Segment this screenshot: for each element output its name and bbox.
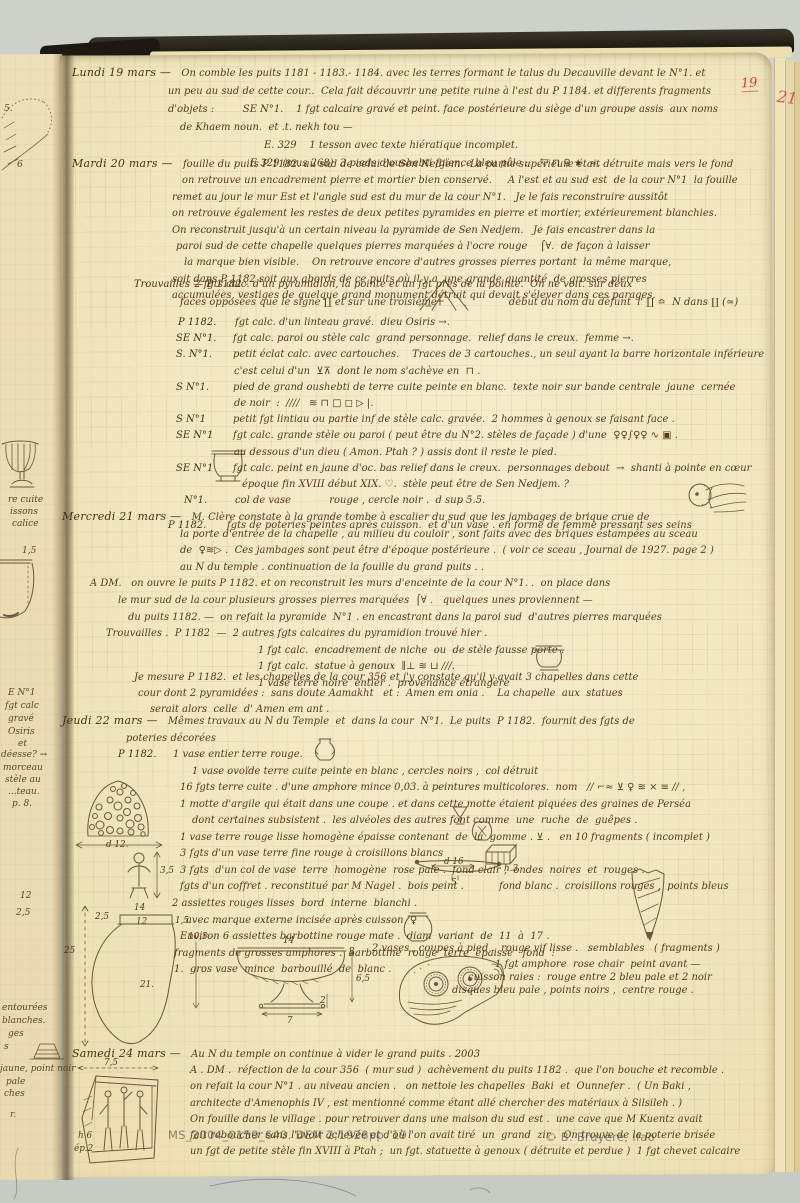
journal-line: du puits 1182. — on refait la pyramide N… — [128, 608, 714, 625]
item-label: Trouvailles — P 1182 - — [134, 277, 191, 292]
adjacent-page-number: 21 — [776, 87, 799, 108]
journal-line: on refait la cour N°1 . au niveau ancien… — [190, 1077, 740, 1093]
day-heading: Lundi 19 mars — — [72, 65, 178, 80]
journal-line: au N du temple . continuation de la foui… — [180, 558, 714, 575]
line-text: Mêmes travaux au N du Temple et dans la … — [165, 716, 635, 727]
line-text: époque fin XVIII début XIX. ♡. stèle peu… — [242, 479, 569, 490]
line-text: on retrouve un encadrement pierre et mor… — [182, 175, 738, 186]
facing-page — [0, 54, 62, 1180]
journal-line: la porte d'entrée de la chapelle , au mi… — [180, 525, 714, 542]
journal-line: on retrouve un encadrement pierre et mor… — [182, 171, 738, 187]
journal-line: dont certaines subsistent . les alvéoles… — [192, 811, 729, 828]
line-text: fgt calc. paroi ou stèle calc grand pers… — [233, 333, 634, 344]
item-label: SE N°1 — [176, 462, 233, 475]
journal-line: 1 motte d'argile qui était dans une coup… — [180, 795, 729, 812]
line-text: fgt calc. grande stèle ou paroi ( peut ê… — [233, 430, 678, 441]
journal-line: poteries décorées — [126, 729, 729, 746]
line-text: c'est celui d'un ⊻⊼ dont le nom s'achève… — [234, 366, 480, 377]
line-text: d'objets : SE N°1. 1 fgt calcaire gravé … — [168, 104, 718, 115]
journal-line: SE N°1fgt calc. peint en jaune d'oc. bas… — [176, 459, 764, 475]
item-label: S N°1 — [176, 413, 233, 426]
line-text: avec marque externe incisée après cuisso… — [186, 915, 417, 926]
journal-line: 2 assiettes rouges lisses bord interne b… — [172, 894, 729, 911]
journal-line: Je mesure P 1182. et les chapelles de la… — [134, 668, 638, 684]
journal-line: fragments de grosses amphores . barbotti… — [174, 944, 729, 961]
line-text: faces opposées que le signe ∐ et sur une… — [180, 297, 437, 308]
line-text: un peu au sud de cette cour.. Cela fait … — [168, 86, 711, 97]
journal-line: E. 329 1 tesson avec texte hiératique in… — [264, 135, 718, 153]
journal-line: N°1.col de vase rouge , cercle noir . d … — [184, 491, 764, 507]
journal-line: la marque bien visible. On retrouve enco… — [184, 253, 738, 269]
line-text: de Khaem noun. et .t. nekh tou — — [180, 122, 353, 133]
line-text: 3 fgts d'un col de vase terre homogène r… — [180, 865, 645, 876]
journal-line: On fouille dans le village . pour retrou… — [190, 1110, 740, 1126]
line-text: petit fgt lintiau ou partie inf de stèle… — [233, 414, 675, 425]
line-text: poteries décorées — [126, 733, 216, 744]
line-text: au N du temple . continuation de la foui… — [180, 562, 484, 573]
journal-line: de ♀≋▷ . Ces jambages sont peut être d'é… — [180, 541, 714, 558]
line-text: 1 vase ovoïde terre cuite peinte en blan… — [192, 766, 538, 777]
entry-mercredi-21-mars: Mercredi 21 mars — M. Clère constate à l… — [62, 508, 714, 691]
journal-line: 1 vase ovoïde terre cuite peinte en blan… — [192, 762, 729, 779]
line-text: fgt calc. peint en jaune d'oc. bas relie… — [233, 463, 751, 474]
line-text: 16 fgts terre cuite . d'une amphore minc… — [180, 782, 685, 793]
day-heading: Mercredi 21 mars — — [62, 510, 188, 524]
journal-line: 1. gros vase mince barbouillé de blanc . — [174, 960, 729, 977]
line-text: du puits 1182. — on refait la pyramide N… — [128, 612, 662, 623]
journal-line: remet au jour le mur Est et l'angle sud … — [172, 188, 738, 204]
journal-line: époque fin XVIII début XIX. ♡. stèle peu… — [242, 475, 764, 491]
line-text: la marque bien visible. On retrouve enco… — [184, 257, 671, 268]
journal-line: 1 vase terre rouge lisse homogène épaiss… — [180, 828, 729, 845]
journal-line: Mercredi 21 mars — M. Clère constate à l… — [62, 508, 714, 525]
journal-line: A . DM . réfection de la cour 356 ( mur … — [190, 1061, 740, 1077]
line-text: 3 fgts d'un vase terre fine rouge à croi… — [180, 848, 443, 859]
journal-line: avec marque externe incisée après cuisso… — [186, 911, 729, 928]
line-text: au dessous d'un dieu ( Amon. Ptah ? ) as… — [234, 447, 557, 458]
item-label: N°1. — [184, 494, 235, 507]
line-text: début du nom du défunt l' ∐ ≏ N dans ∐ (… — [509, 297, 738, 308]
line-text: E. 329 1 tesson avec texte hiératique in… — [264, 140, 518, 151]
line-text: fouille du puits P 1182. au sud de celui… — [180, 159, 734, 170]
journal-line: Trouvailles . P 1182 — 2 autres fgts cal… — [106, 624, 714, 641]
line-text: la porte d'entrée de la chapelle , au mi… — [180, 529, 698, 540]
journal-line: SE N°1.fgt calc. paroi ou stèle calc gra… — [176, 329, 764, 345]
entry-jeudi-22-mars: Jeudi 22 mars — Mêmes travaux au N du Te… — [62, 712, 729, 977]
line-text: col de vase rouge , cercle noir . d sup … — [235, 495, 485, 506]
journal-line: S N°1.pied de grand oushebti de terre cu… — [176, 378, 764, 394]
journal-line: Jeudi 22 mars — Mêmes travaux au N du Te… — [62, 712, 729, 729]
day-heading: Jeudi 22 mars — — [62, 714, 165, 728]
journal-line: Environ 6 assiettes barbottine rouge mat… — [180, 927, 729, 944]
journal-line: on retrouve également les restes de deux… — [172, 204, 738, 220]
line-text: fragments de grosses amphores . barbotti… — [174, 948, 555, 959]
journal-line: faces opposées que le signe ∐ et sur une… — [180, 292, 738, 310]
item-label: SE N°1 — [176, 429, 233, 442]
line-text: M. Clère constate à la grande tombe à es… — [188, 512, 649, 523]
line-text: A DM. on ouvre le puits P 1182. et on re… — [90, 578, 610, 589]
line-text: petit éclat calc. avec cartouches. Trace… — [233, 349, 764, 360]
line-text: un fgt de petite stèle fin XVIII à Ptah … — [190, 1146, 740, 1157]
line-text: pied de grand oushebti de terre cuite pe… — [233, 382, 736, 393]
trouvailles-20-mars: Trouvailles — P 1182 - 2 fgts calc. d'un… — [72, 274, 738, 310]
note-mesures: Je mesure P 1182. et les chapelles de la… — [72, 668, 638, 717]
item-label: S. N°1. — [176, 348, 233, 361]
journal-line: un peu au sud de cette cour.. Cela fait … — [168, 81, 718, 99]
line-text: fgt calc. d'un linteau gravé. dieu Osiri… — [235, 317, 450, 328]
line-text: A . DM . réfection de la cour 356 ( mur … — [190, 1065, 724, 1076]
journal-line: 3 fgts d'un vase terre fine rouge à croi… — [180, 844, 729, 861]
journal-line: S. N°1.petit éclat calc. avec cartouches… — [176, 345, 764, 361]
line-text: On comble les puits 1181 - 1183.- 1184. … — [178, 68, 705, 79]
journal-line: paroi sud de cette chapelle quelques pie… — [176, 237, 738, 253]
line-text: 2 assiettes rouges lisses bord interne b… — [172, 898, 417, 909]
journal-line: P 1182.fgt calc. d'un linteau gravé. die… — [178, 313, 764, 329]
journal-line: cour dont 2 pyramidées : sans doute Aama… — [138, 684, 638, 700]
line-text: le mur sud de la cour plusieurs grosses … — [118, 595, 593, 606]
journal-line: 16 fgts terre cuite . d'une amphore minc… — [180, 778, 729, 795]
line-text: fgts d'un coffret . reconstitué par M Na… — [180, 881, 729, 892]
line-text: 1 vase entier terre rouge. — [173, 749, 303, 760]
journal-line: On reconstruit jusqu'à un certain niveau… — [172, 221, 738, 237]
archive-watermark-id: MS_2004_0159_640. DEM 2;1928pp. 19 — [168, 1128, 407, 1142]
journal-line: Lundi 19 mars — On comble les puits 1181… — [72, 63, 718, 81]
journal-line: S N°1petit fgt lintiau ou partie inf de … — [176, 410, 764, 426]
journal-line: le mur sud de la cour plusieurs grosses … — [118, 591, 714, 608]
item-label: P 1182. — [118, 748, 173, 762]
journal-line: Samedi 24 mars — Au N du temple on conti… — [72, 1045, 740, 1061]
line-text: cour dont 2 pyramidées : sans doute Aama… — [138, 688, 623, 699]
line-text: Trouvailles . P 1182 — 2 autres fgts cal… — [106, 628, 487, 639]
line-text: Au N du temple on continue à vider le gr… — [188, 1049, 480, 1060]
line-text: 1 vase terre rouge lisse homogène épaiss… — [180, 832, 710, 843]
item-label: P 1182. — [178, 316, 235, 329]
page-number: 19 — [741, 76, 758, 93]
finds-list-20-mars: P 1182.fgt calc. d'un linteau gravé. die… — [72, 313, 764, 533]
line-text: remet au jour le mur Est et l'angle sud … — [172, 192, 668, 203]
journal-line: architecte d'Amenophis IV , est mentionn… — [190, 1094, 740, 1110]
item-label: S N°1. — [176, 381, 233, 394]
journal-line: au dessous d'un dieu ( Amon. Ptah ? ) as… — [234, 443, 764, 459]
line-text: Environ 6 assiettes barbottine rouge mat… — [180, 931, 549, 942]
line-text: de noir : //// ≋ ⊓ □ ◻ ▷ |. — [234, 398, 373, 409]
scanned-notebook-photo: Lundi 19 mars — On comble les puits 1181… — [0, 0, 800, 1203]
journal-line: P 1182.1 vase entier terre rouge. — [118, 745, 729, 762]
journal-line: d'objets : SE N°1. 1 fgt calcaire gravé … — [168, 99, 718, 117]
journal-line: A DM. on ouvre le puits P 1182. et on re… — [90, 574, 714, 591]
day-heading: Samedi 24 mars — — [72, 1047, 188, 1060]
day-heading: Mardi 20 mars — — [72, 157, 180, 170]
line-text: paroi sud de cette chapelle quelques pie… — [176, 241, 650, 252]
journal-line: un fgt de petite stèle fin XVIII à Ptah … — [190, 1142, 740, 1158]
line-text: dont certaines subsistent . les alvéoles… — [192, 815, 637, 826]
line-text: Je mesure P 1182. et les chapelles de la… — [134, 672, 638, 683]
line-text: 1. gros vase mince barbouillé de blanc . — [174, 964, 391, 975]
journal-line: SE N°1fgt calc. grande stèle ou paroi ( … — [176, 426, 764, 442]
line-text: 1 fgt calc. encadrement de niche ou de s… — [258, 645, 564, 656]
line-text: on retrouve également les restes de deux… — [172, 208, 717, 219]
journal-line: Mardi 20 mars — fouille du puits P 1182.… — [72, 155, 738, 171]
archive-watermark-credit: © B. Bruyère, Ifao — [545, 1130, 655, 1144]
line-text: 1 motte d'argile qui était dans une coup… — [180, 799, 691, 810]
journal-line: 1 fgt calc. encadrement de niche ou de s… — [258, 641, 714, 658]
line-text: On fouille dans le village . pour retrou… — [190, 1114, 702, 1125]
line-text: 2 fgts calc. d'un pyramidion, la pointe … — [191, 279, 632, 290]
line-text: on refait la cour N°1 . au niveau ancien… — [190, 1081, 691, 1092]
line-text: On reconstruit jusqu'à un certain niveau… — [172, 225, 655, 236]
line-text: architecte d'Amenophis IV , est mentionn… — [190, 1098, 682, 1109]
item-label: SE N°1. — [176, 332, 233, 345]
journal-line: de Khaem noun. et .t. nekh tou — — [180, 117, 718, 135]
journal-line: de noir : //// ≋ ⊓ □ ◻ ▷ |. — [234, 394, 764, 410]
journal-line: Trouvailles — P 1182 - 2 fgts calc. d'un… — [134, 274, 738, 292]
journal-line: c'est celui d'un ⊻⊼ dont le nom s'achève… — [234, 362, 764, 378]
journal-line: 3 fgts d'un col de vase terre homogène r… — [180, 861, 729, 878]
page-edge — [794, 62, 800, 1172]
right-page-edges — [774, 58, 800, 1172]
line-text: de ♀≋▷ . Ces jambages sont peut être d'é… — [180, 545, 714, 556]
journal-line: fgts d'un coffret . reconstitué par M Na… — [180, 877, 729, 894]
